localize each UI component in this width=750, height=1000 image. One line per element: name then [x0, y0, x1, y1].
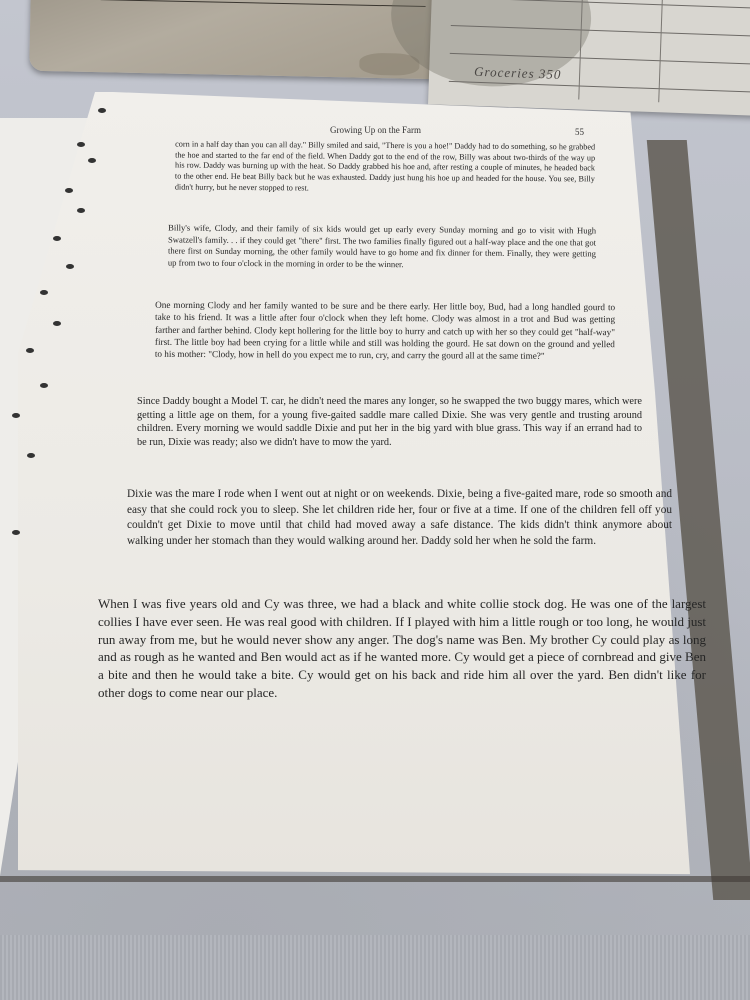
running-header: Growing Up on the Farm [330, 125, 421, 135]
page-number: 55 [575, 127, 584, 137]
paragraph: Billy's wife, Clody, and their family of… [168, 223, 596, 272]
paragraph: One morning Clody and her family wanted … [155, 299, 615, 363]
paragraph: Since Daddy bought a Model T. car, he di… [137, 395, 642, 450]
page-text: Growing Up on the Farm 55 corn in a half… [0, 0, 750, 1000]
paragraph: corn in a half day than you can all day.… [175, 140, 595, 196]
paragraph: When I was five years old and Cy was thr… [98, 595, 706, 702]
paragraph: Dixie was the mare I rode when I went ou… [127, 487, 672, 549]
